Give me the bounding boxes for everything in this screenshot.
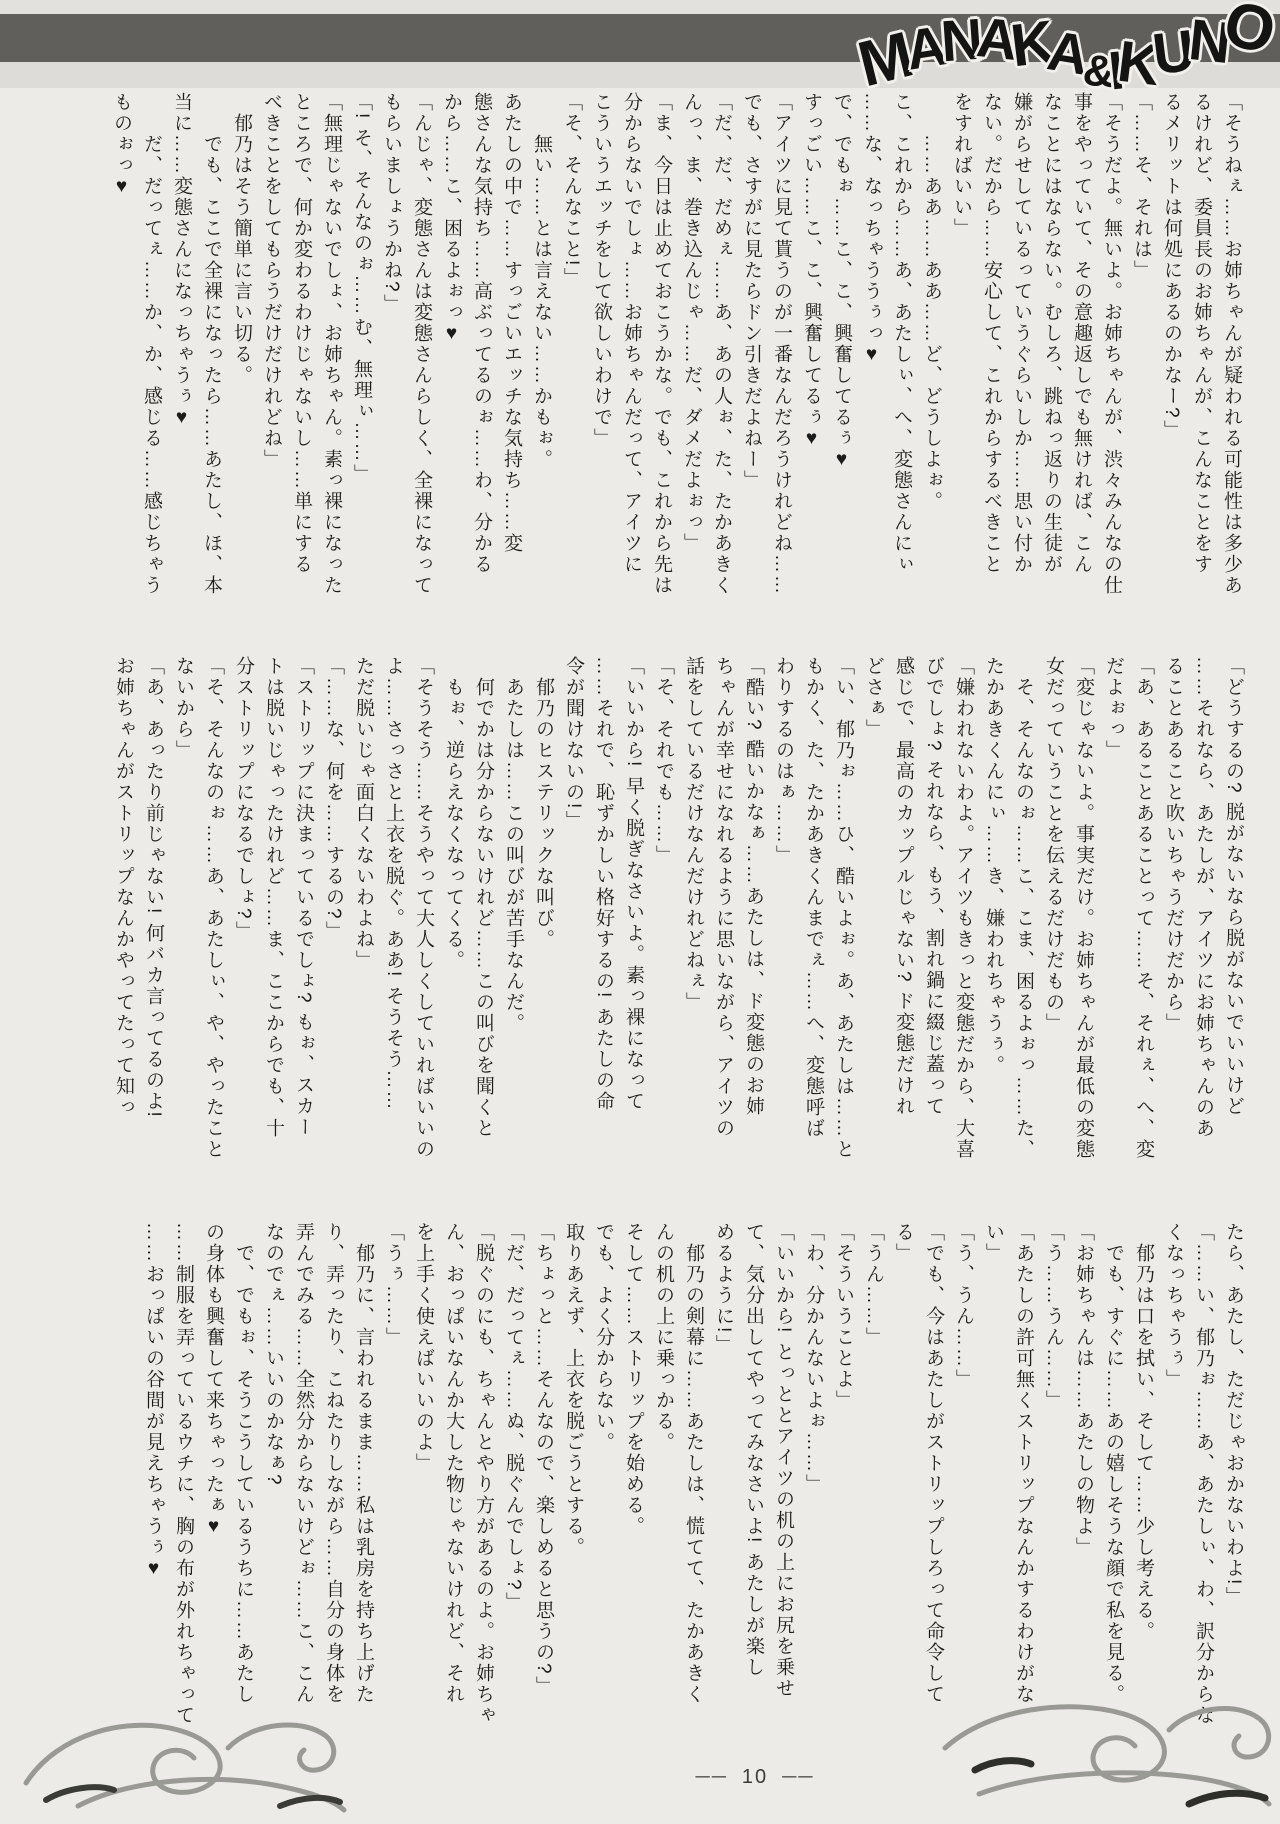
text-column: びでしょ? それなら、もう、割れ鍋に綴じ蓋って [918, 656, 948, 1196]
text-column: り、弄ったり、こねたりしながら……自分の身体を [318, 1222, 348, 1742]
text-column: ものぉっ♥ [106, 92, 136, 637]
text-column: そ、そんなのぉ……こ、こま、困るよぉっ……た、 [1008, 656, 1038, 1196]
text-column: 郁乃は口を拭い、そして……少し考える。 [1128, 1222, 1158, 1742]
text-column: で、でもぉ、そうこうしているうちに……あたし [228, 1222, 258, 1742]
text-column: 郁乃のヒステリックな叫び。 [528, 656, 558, 1196]
text-column: をすればいい」 [946, 92, 976, 637]
text-column: もぉ、逆らえなくなってくる。 [438, 656, 468, 1196]
text-column: 「い、郁乃ぉ……ひ、酷いよぉ。あ、あたしは……と [828, 656, 858, 1196]
text-column: 「どうするの? 脱がないなら脱がないでいいけど [1218, 656, 1248, 1196]
text-column: 女だっていうことを伝えるだけだもの」 [1038, 656, 1068, 1196]
text-column: 無い……とは言えない……かもぉ。 [526, 92, 556, 637]
text-column: ……制服を弄っているウチに、胸の布が外れちゃって [168, 1222, 198, 1742]
text-column: ところで、何か変わるわけじゃないし……単にする [286, 92, 316, 637]
text-column: 「あたしの許可無くストリップなんかするわけがな [1008, 1222, 1038, 1742]
text-column: もかく、た、たかあきくんまでぇ……へ、変態呼ば [798, 656, 828, 1196]
text-column: ないから」 [168, 656, 198, 1196]
text-column: たら、あたし、ただじゃおかないわよ!」 [1218, 1222, 1248, 1742]
text-column: 事をやっていて、その意趣返しでも無ければ、こん [1066, 92, 1096, 637]
text-column: 「うぅ……」 [378, 1222, 408, 1742]
text-column: 「でも、今はあたしがストリップしろって命令して [918, 1222, 948, 1742]
text-column: でも、よく分からない。 [588, 1222, 618, 1742]
text-column: で、でもぉ……こ、こ、興奮してるぅ♥ [826, 92, 856, 637]
title-graphic: MANAKA&IKUNO [612, 0, 1272, 100]
text-column: 「だ、だ、だめぇ……あ、あの人ぉ、た、たかあきく [706, 92, 736, 637]
text-column: 「ま、今日は止めておこうかな。でも、これから先は [646, 92, 676, 637]
swirl-doodle-left [18, 1688, 348, 1818]
text-column: そして……ストリップを始める。 [618, 1222, 648, 1742]
text-column: 「う……うん……」 [1038, 1222, 1068, 1742]
text-column: でも、さすがに見たらドン引きだよねー」 [736, 92, 766, 637]
text-column: ……おっぱいの谷間が見えちゃうぅ♥ [138, 1222, 168, 1742]
text-block-bottom: たら、あたし、ただじゃおかないわよ!」「……い、郁乃ぉ……あ、あたしぃ、わ、訳分… [138, 1222, 1248, 1742]
text-column: 「わ、分かんないよぉ……」 [798, 1222, 828, 1742]
text-column: 何でかは分からないけれど……この叫びを聞くと [468, 656, 498, 1196]
text-column: こういうエッチをして欲しいわけで」 [586, 92, 616, 637]
text-column: もらいましょうかね?」 [376, 92, 406, 637]
text-column: どさぁ」 [858, 656, 888, 1196]
page-number-rule-left: ── [696, 1766, 728, 1788]
text-column: 「脱ぐのにも、ちゃんとやり方があるのよ。お姉ちゃ [468, 1222, 498, 1742]
text-column: から……こ、困るよぉっ♥ [436, 92, 466, 637]
text-column: 「いいから! 早く脱ぎなさいよ。素っ裸になって [618, 656, 648, 1196]
text-column: る」 [888, 1222, 918, 1742]
text-column: 「ストリップに決まっているでしょ? もぉ、スカー [288, 656, 318, 1196]
text-column: 「だ、だってぇ……ぬ、脱ぐんでしょ?」 [498, 1222, 528, 1742]
text-column: 「酷い? 酷いかなぁ……あたしは、ド変態のお姉 [738, 656, 768, 1196]
text-column: 取りあえず、上衣を脱ごうとする。 [558, 1222, 588, 1742]
text-column: て、気分出してやってみなさいよ! あたしが楽し [738, 1222, 768, 1742]
text-column: ……それなら、あたしが、アイツにお姉ちゃんのあ [1188, 656, 1218, 1196]
text-column: でも、すぐに……あの嬉しそうな顔で私を見る。 [1098, 1222, 1128, 1742]
text-column: でも、ここで全裸になったら……あたし、ほ、本 [196, 92, 226, 637]
text-column: んの机の上に乗っかる。 [648, 1222, 678, 1742]
text-column: 態さんな気持ち……高ぶってるのぉ……わ、分かる [466, 92, 496, 637]
text-column: 「……な、何を……するの?」 [318, 656, 348, 1196]
text-column: 「そうだよ。無いよ。お姉ちゃんが、渋々みんなの仕 [1096, 92, 1126, 637]
text-column: るけれど、委員長のお姉ちゃんが、こんなことをす [1186, 92, 1216, 637]
text-column: たかあきくんにぃ……き、嫌われちゃうぅ。 [978, 656, 1008, 1196]
text-column: 「……い、郁乃ぉ……あ、あたしぃ、わ、訳分からな [1188, 1222, 1218, 1742]
text-column: 「! そ、そんなのぉ……む、無理ぃ……」 [346, 92, 376, 637]
text-column: お姉ちゃんがストリップなんかやってたって知っ [108, 656, 138, 1196]
text-column: 「そうねぇ……お姉ちゃんが疑われる可能性は多少あ [1216, 92, 1246, 637]
text-column: ……な、なっちゃううぅっ♥ [856, 92, 886, 637]
text-block-top: 「そうねぇ……お姉ちゃんが疑われる可能性は多少あるけれど、委員長のお姉ちゃんが、… [106, 92, 1246, 637]
text-column: あたしは……この叫びが苦手なんだ。 [498, 656, 528, 1196]
text-column: トは脱いじゃったけれど……ま、ここからでも、十 [258, 656, 288, 1196]
text-column: だよぉっ」 [1098, 656, 1128, 1196]
text-column: ただ脱いじゃ面白くないわよね」 [348, 656, 378, 1196]
text-block-middle: 「どうするの? 脱がないなら脱がないでいいけど……それなら、あたしが、アイツにお… [108, 656, 1248, 1196]
text-column: 郁乃の剣幕に……あたしは、慌てて、たかあきく [678, 1222, 708, 1742]
text-column: 「変じゃないよ。事実だけ。お姉ちゃんが最低の変態 [1068, 656, 1098, 1196]
text-column: だ、だってぇ……か、か、感じる……感じちゃう [136, 92, 166, 637]
text-column: 「嫌われないわよ。アイツもきっと変態だから、大喜 [948, 656, 978, 1196]
text-column: 郁乃に、言われるまま……私は乳房を持ち上げた [348, 1222, 378, 1742]
text-column: 「そ、それでも……」 [648, 656, 678, 1196]
text-column: こ、これから……あ、あたしぃ、へ、変態さんにぃ [886, 92, 916, 637]
text-column: 「そ、そんなのぉ……あ、あたしぃ、や、やったこと [198, 656, 228, 1196]
text-column: 「……そ、それは」 [1126, 92, 1156, 637]
text-column: ん、おっぱいなんか大した物じゃないけれど、それ [438, 1222, 468, 1742]
page-number-value: 10 [728, 1766, 782, 1788]
text-column: るメリットは何処にあるのかなー?」 [1156, 92, 1186, 637]
text-column: 「あ、あることあることって……そ、それぇ、へ、変 [1128, 656, 1158, 1196]
text-column: ……それで、恥ずかしい格好するの! あたしの命 [588, 656, 618, 1196]
text-column: ない。だから……安心して、これからするべきこと [976, 92, 1006, 637]
text-column: ることあること吹いちゃうだけだから」 [1158, 656, 1188, 1196]
page-number-rule-right: ── [782, 1766, 814, 1788]
text-column: 感じで、最高のカップルじゃない? ド変態だけれ [888, 656, 918, 1196]
text-column: い」 [978, 1222, 1008, 1742]
text-column: べきことをしてもらうだけだけれどね」 [256, 92, 286, 637]
text-column: よ……さっさと上衣を脱ぐ。ああ! そうそう…… [378, 656, 408, 1196]
text-column: 「アイツに見て貰うのが一番なんだろうけれどね…… [766, 92, 796, 637]
text-column: わりするのはぁ……」 [768, 656, 798, 1196]
text-column: んっ、ま、巻き込んじゃ……だ、ダメだよぉっ」 [676, 92, 706, 637]
text-column: 分ストリップになるでしょ?」 [228, 656, 258, 1196]
text-column: 「あ、あったり前じゃない! 何バカ言ってるのよ! [138, 656, 168, 1196]
swirl-doodle-right [939, 1678, 1274, 1818]
text-column: 郁乃はそう簡単に言い切る。 [226, 92, 256, 637]
text-column: 弄んでみる……全然分からないけどぉ……こ、こん [288, 1222, 318, 1742]
text-column: 「う、うん……」 [948, 1222, 978, 1742]
text-column: ……ああ……ああ……ど、どうしよぉ。 [916, 92, 946, 637]
text-column: 「無理じゃないでしょ、お姉ちゃん。素っ裸になった [316, 92, 346, 637]
text-column: の身体も興奮して来ちゃったぁ♥ [198, 1222, 228, 1742]
text-column: ちゃんが幸せになれるように思いながら、アイツの [708, 656, 738, 1196]
text-column: 「ちょっと……そんなので、楽しめると思うの?」 [528, 1222, 558, 1742]
text-column: 分からないでしょ……お姉ちゃんだって、アイツに [616, 92, 646, 637]
text-column: なことにはならない。むしろ、跳ねっ返りの生徒が [1036, 92, 1066, 637]
text-column: 令が聞けないの!」 [558, 656, 588, 1196]
text-column: 嫌がらせしているっていうぐらいしか……思い付か [1006, 92, 1036, 637]
text-column: 「んじゃ、変態さんは変態さんらしく、全裸になって [406, 92, 436, 637]
text-column: すっごい……こ、こ、興奮してるぅ♥ [796, 92, 826, 637]
text-column: 「そうそう……そうやって大人しくしていればいいの [408, 656, 438, 1196]
text-column: 「お姉ちゃんは……あたしの物よ」 [1068, 1222, 1098, 1742]
text-column: 話をしているだけなんだけれどねぇ」 [678, 656, 708, 1196]
text-column: なのでぇ……いいのかなぁ? [258, 1222, 288, 1742]
scanned-page: { "header": { "title": "MANAKA&IKUNO" },… [0, 0, 1280, 1824]
text-column: を上手く使えばいいのよ」 [408, 1222, 438, 1742]
text-column: 「うん……」 [858, 1222, 888, 1742]
page-number: ──10── [696, 1766, 815, 1789]
text-column: 「そういうことよ」 [828, 1222, 858, 1742]
text-column: めるように!」 [708, 1222, 738, 1742]
text-column: 当に……変態さんになっちゃうぅ♥ [166, 92, 196, 637]
text-column: あたしの中で……すっごいエッチな気持ち……変 [496, 92, 526, 637]
text-column: 「いいから! とっととアイツの机の上にお尻を乗せ [768, 1222, 798, 1742]
text-column: くなっちゃうぅ」 [1158, 1222, 1188, 1742]
text-column: 「そ、そんなこと!」 [556, 92, 586, 637]
